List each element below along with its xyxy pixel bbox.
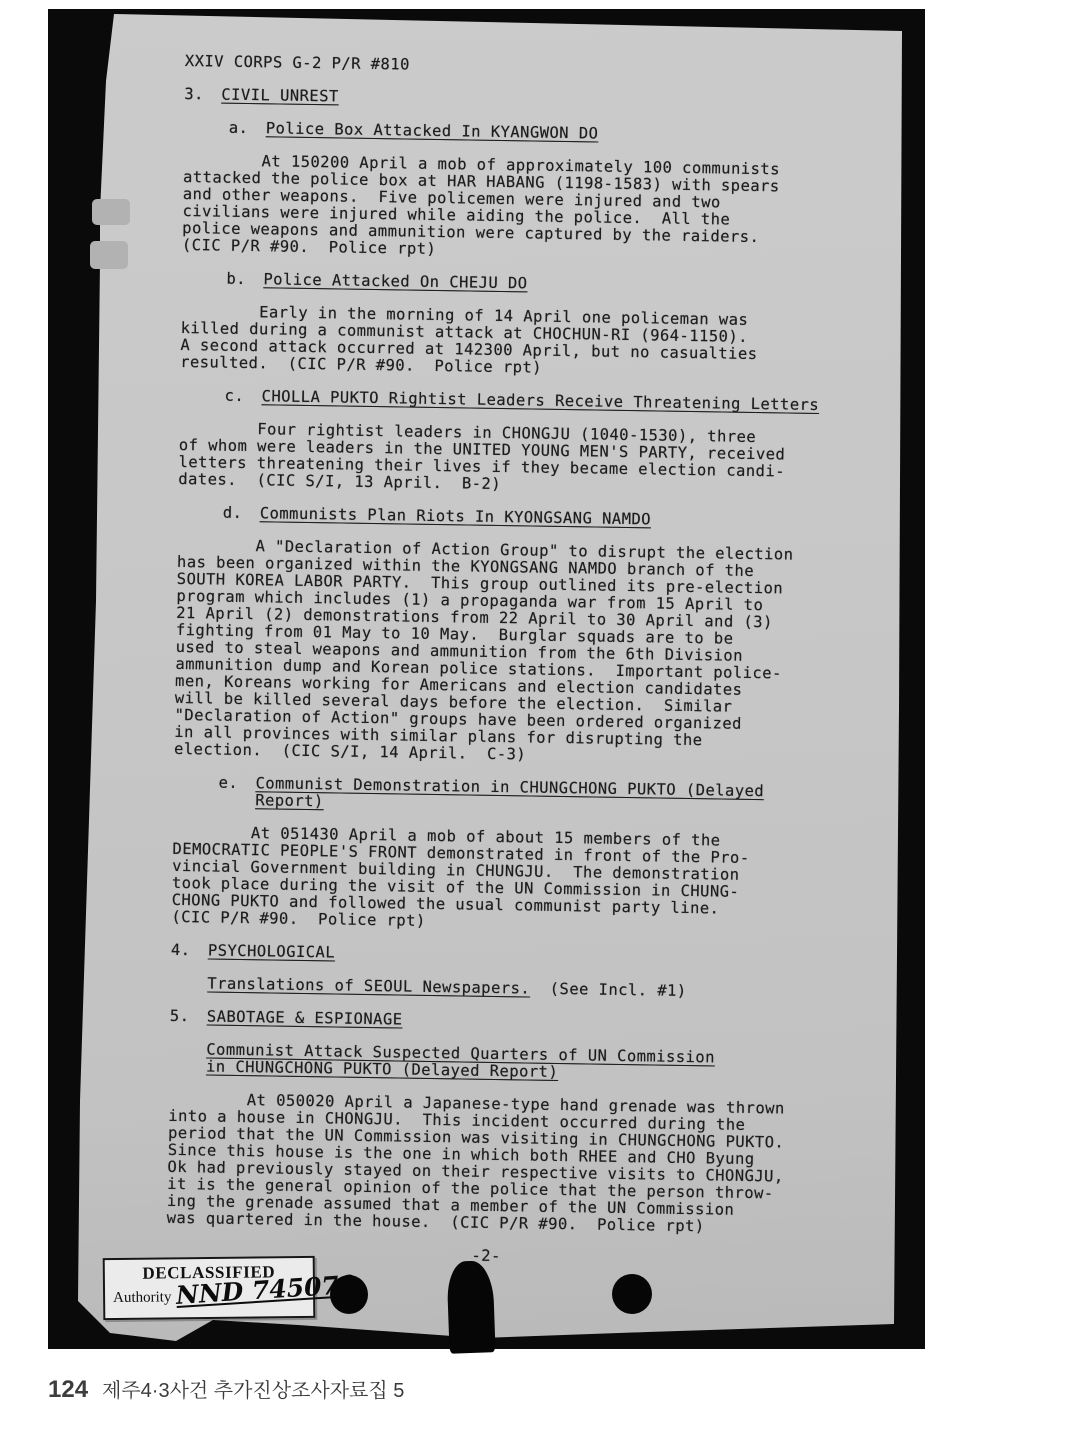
translations-rest: (See Incl. #1)	[530, 980, 687, 1000]
translations-line: Translations of SEOUL Newspapers. (See I…	[207, 975, 834, 1002]
subsection-d-paragraph: A "Declaration of Action Group" to disru…	[174, 537, 841, 768]
torn-edge-tab	[92, 199, 130, 225]
authority-label: Authority	[113, 1289, 172, 1306]
subsection-e-paragraph: At 051430 April a mob of about 15 member…	[171, 824, 837, 936]
subsection-letter: b.	[226, 271, 263, 289]
scanned-document-area: XXIV CORPS G-2 P/R #810 3.CIVIL UNREST a…	[48, 9, 925, 1349]
subsection-letter: d.	[223, 505, 260, 523]
book-caption: 제주4·3사건 추가진상조사자료집 5	[102, 1374, 404, 1403]
subsection-e-heading: e.Communist Demonstration in CHUNGCHONG …	[218, 775, 837, 819]
subsection-b-paragraph: Early in the morning of 14 April one pol…	[180, 303, 845, 381]
subsection-title: Communists Plan Riots In KYONGSANG NAMDO	[260, 504, 652, 528]
subsection-title: Police Attacked On CHEJU DO	[263, 270, 527, 292]
subsection-letter: c.	[224, 388, 261, 406]
torn-edge-tab	[90, 241, 128, 269]
subsection-b-heading: b.Police Attacked On CHEJU DO	[226, 271, 845, 298]
declassified-stamp: DECLASSIFIED Authority NND 745070	[103, 1256, 316, 1320]
subsection-letter: e.	[218, 775, 255, 793]
section-number: 5.	[170, 1008, 207, 1026]
section-title: CIVIL UNREST	[221, 86, 339, 106]
subsection-letter: a.	[229, 120, 266, 138]
section-3-heading: 3.CIVIL UNREST	[184, 86, 848, 113]
subsection-c-paragraph: Four rightist leaders in CHONGJU (1040-1…	[178, 420, 843, 498]
section-5-paragraph: At 050020 April a Japanese-type hand gre…	[167, 1091, 833, 1237]
translations-underlined: Translations of SEOUL Newspapers.	[207, 974, 530, 997]
punch-hole	[612, 1274, 652, 1314]
subsection-title: CHOLLA PUKTO Rightist Leaders Receive Th…	[261, 387, 819, 414]
section-title: PSYCHOLOGICAL	[208, 941, 335, 961]
book-page-number: 124	[48, 1376, 88, 1404]
subheading-title: Communist Attack Suspected Quarters of U…	[206, 1041, 726, 1083]
section-4-heading: 4.PSYCHOLOGICAL	[171, 942, 835, 969]
section-number: 4.	[171, 942, 208, 960]
declassified-stamp-authority: Authority NND 745070	[113, 1282, 313, 1307]
subsection-d-heading: d.Communists Plan Riots In KYONGSANG NAM…	[223, 505, 842, 532]
section-5-subheading: Communist Attack Suspected Quarters of U…	[206, 1041, 833, 1085]
typewritten-content: XXIV CORPS G-2 P/R #810 3.CIVIL UNREST a…	[166, 53, 849, 1270]
subsection-a-heading: a.Police Box Attacked In KYANGWON DO	[229, 120, 848, 147]
subsection-c-heading: c.CHOLLA PUKTO Rightist Leaders Receive …	[224, 388, 843, 415]
subsection-title: Police Box Attacked In KYANGWON DO	[266, 119, 599, 142]
book-footer: 124 제주4·3사건 추가진상조사자료집 5	[48, 1374, 404, 1404]
section-title: SABOTAGE & ESPIONAGE	[207, 1007, 403, 1028]
subsection-title: Communist Demonstration in CHUNGCHONG PU…	[255, 775, 775, 817]
section-number: 3.	[184, 86, 221, 104]
section-5-heading: 5.SABOTAGE & ESPIONAGE	[170, 1008, 834, 1035]
punch-hole	[330, 1275, 368, 1314]
subsection-a-paragraph: At 150200 April a mob of approximately 1…	[182, 152, 848, 264]
